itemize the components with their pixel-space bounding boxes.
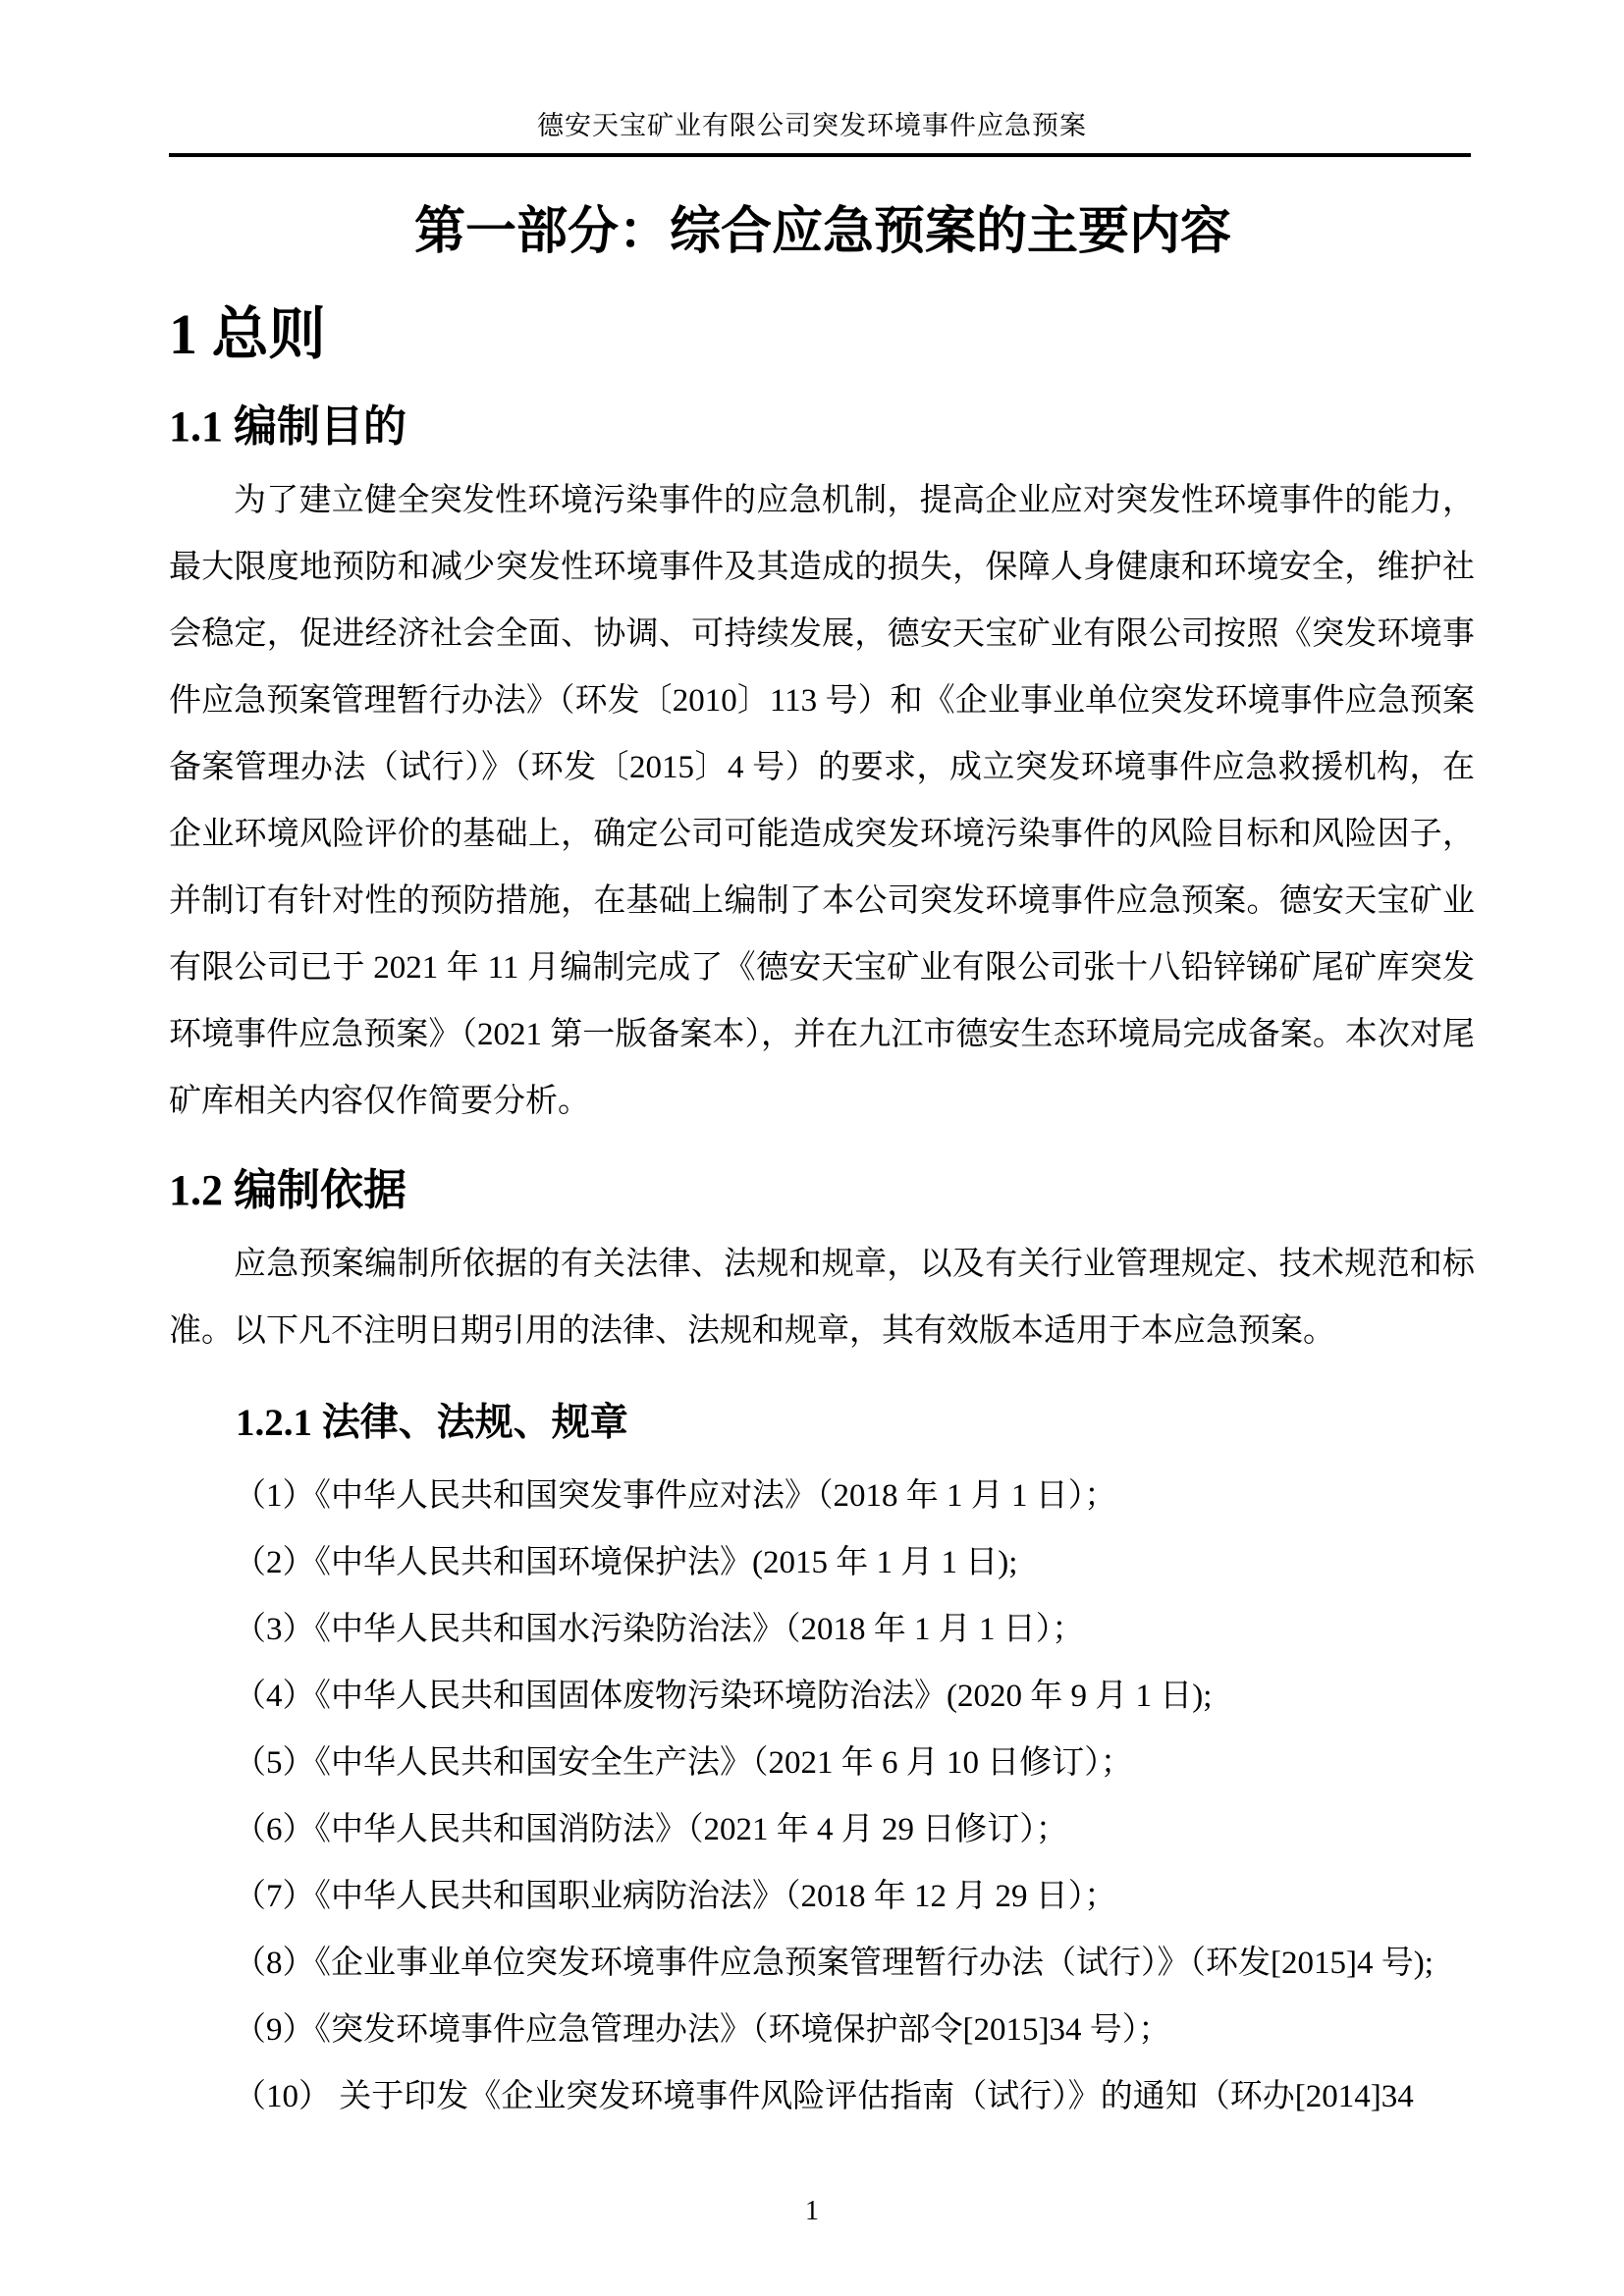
page-number: 1 [0,2196,1624,2227]
document-title: 第一部分：综合应急预案的主要内容 [169,200,1477,265]
legal-list-item: （7）《中华人民共和国职业病防治法》（2018 年 12 月 29 日）； [169,1863,1475,1930]
paragraph-basis: 应急预案编制所依据的有关法律、法规和规章，以及有关行业管理规定、技术规范和标准。… [169,1231,1475,1364]
legal-list-item: （10） 关于印发《企业突发环境事件风险评估指南（试行）》的通知（环办[2014… [169,2063,1475,2130]
legal-list-item: （5）《中华人民共和国安全生产法》（2021 年 6 月 10 日修订）； [169,1730,1475,1796]
document-page: 德安天宝矿业有限公司突发环境事件应急预案 第一部分：综合应急预案的主要内容 1 … [0,0,1624,2296]
legal-list-item: （3）《中华人民共和国水污染防治法》（2018 年 1 月 1 日）； [169,1596,1475,1663]
paragraph-purpose: 为了建立健全突发性环境污染事件的应急机制，提高企业应对突发性环境事件的能力，最大… [169,467,1475,1135]
legal-list-item: （9）《突发环境事件应急管理办法》（环境保护部令[2015]34 号）； [169,1997,1475,2063]
legal-reference-list: （1）《中华人民共和国突发事件应对法》（2018 年 1 月 1 日）； （2）… [169,1463,1475,2130]
legal-list-item: （1）《中华人民共和国突发事件应对法》（2018 年 1 月 1 日）； [169,1463,1475,1529]
legal-list-item: （6）《中华人民共和国消防法》（2021 年 4 月 29 日修订）； [169,1796,1475,1863]
legal-list-item: （8）《企业事业单位突发环境事件应急预案管理暂行办法（试行）》（环发[2015]… [169,1930,1475,1997]
section-heading-1-2: 1.2 编制依据 [169,1162,1477,1219]
section-heading-1: 1 总则 [169,298,1477,371]
section-heading-1-2-1: 1.2.1 法律、法规、规章 [236,1398,1477,1449]
legal-list-item: （2）《中华人民共和国环境保护法》(2015 年 1 月 1 日); [169,1529,1475,1596]
header-divider-rule [169,153,1471,157]
section-heading-1-1: 1.1 编制目的 [169,399,1477,455]
legal-list-item: （4）《中华人民共和国固体废物污染环境防治法》(2020 年 9 月 1 日); [169,1663,1475,1730]
page-header-title: 德安天宝矿业有限公司突发环境事件应急预案 [0,0,1624,143]
